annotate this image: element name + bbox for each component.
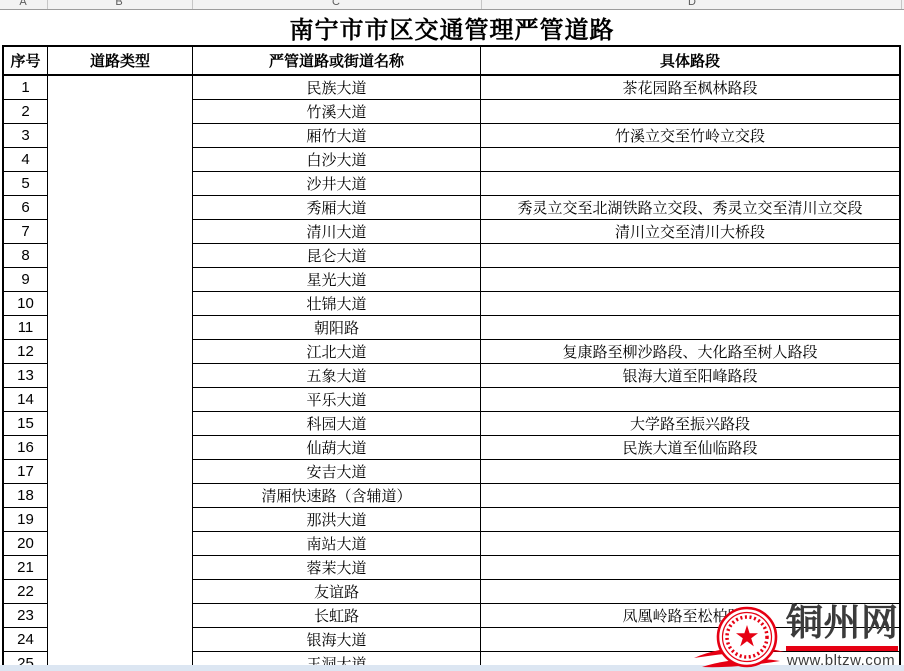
cell-row-number[interactable]: 13 <box>4 364 48 388</box>
cell-road-name[interactable]: 长虹路 <box>193 604 481 628</box>
cell-row-number[interactable]: 23 <box>4 604 48 628</box>
cell-road-name[interactable]: 友谊路 <box>193 580 481 604</box>
cell-row-number[interactable]: 6 <box>4 196 48 220</box>
cell-row-number[interactable]: 16 <box>4 436 48 460</box>
cell-road-name[interactable]: 壮锦大道 <box>193 292 481 316</box>
cell-road-section[interactable] <box>481 532 899 556</box>
cell-road-name[interactable]: 江北大道 <box>193 340 481 364</box>
cell-road-name[interactable]: 五象大道 <box>193 364 481 388</box>
cell-road-section[interactable] <box>481 460 899 484</box>
cell-road-name[interactable]: 平乐大道 <box>193 388 481 412</box>
cell-road-name[interactable]: 星光大道 <box>193 268 481 292</box>
cell-road-name[interactable]: 白沙大道 <box>193 148 481 172</box>
cell-road-section[interactable] <box>481 292 899 316</box>
cell-road-name[interactable]: 银海大道 <box>193 628 481 652</box>
cell-road-section[interactable] <box>481 508 899 532</box>
header-cell-section[interactable]: 具体路段 <box>481 47 899 74</box>
cell-road-section[interactable]: 复康路至柳沙路段、大化路至树人路段 <box>481 340 899 364</box>
header-cell-no[interactable]: 序号 <box>4 47 48 74</box>
cell-row-number[interactable]: 8 <box>4 244 48 268</box>
cell-row-number[interactable]: 10 <box>4 292 48 316</box>
cell-road-name[interactable]: 清厢快速路（含辅道） <box>193 484 481 508</box>
watermark-site-url: www.bltzw.com <box>784 652 898 669</box>
cell-row-number[interactable]: 9 <box>4 268 48 292</box>
cell-row-number[interactable]: 11 <box>4 316 48 340</box>
table-header-row: 序号 道路类型 严管道路或街道名称 具体路段 <box>4 47 899 76</box>
cell-road-section[interactable]: 茶花园路至枫林路段 <box>481 76 899 100</box>
cell-road-section[interactable]: 秀灵立交至北湖铁路立交段、秀灵立交至清川立交段 <box>481 196 899 220</box>
column-letter-D[interactable]: D <box>688 0 696 8</box>
cell-road-name[interactable]: 昆仑大道 <box>193 244 481 268</box>
cell-road-section[interactable] <box>481 316 899 340</box>
cell-row-number[interactable]: 14 <box>4 388 48 412</box>
cell-road-section[interactable] <box>481 244 899 268</box>
cell-row-number[interactable]: 3 <box>4 124 48 148</box>
cell-road-name[interactable]: 那洪大道 <box>193 508 481 532</box>
watermark-name-char: 州 <box>824 602 861 644</box>
title-row: 南宁市市区交通管理严管道路 <box>0 10 904 45</box>
cell-road-section[interactable] <box>481 388 899 412</box>
spreadsheet-column-header-strip: ABCD <box>0 0 904 10</box>
cell-row-number[interactable]: 22 <box>4 580 48 604</box>
watermark-red-bar <box>786 646 898 651</box>
cell-row-number[interactable]: 20 <box>4 532 48 556</box>
cell-row-number[interactable]: 7 <box>4 220 48 244</box>
watermark-name-char: 铜 <box>786 602 823 644</box>
cell-road-section[interactable] <box>481 268 899 292</box>
cell-road-type-merged[interactable] <box>48 76 193 671</box>
cell-road-section[interactable]: 竹溪立交至竹岭立交段 <box>481 124 899 148</box>
header-cell-type[interactable]: 道路类型 <box>48 47 193 74</box>
cell-road-section[interactable]: 大学路至振兴路段 <box>481 412 899 436</box>
column-divider <box>901 0 902 9</box>
roads-table: 序号 道路类型 严管道路或街道名称 具体路段 1民族大道茶花园路至枫林路段2竹溪… <box>2 45 901 671</box>
table-body: 1民族大道茶花园路至枫林路段2竹溪大道3厢竹大道竹溪立交至竹岭立交段4白沙大道5… <box>4 76 899 671</box>
column-letter-B[interactable]: B <box>115 0 122 8</box>
cell-road-name[interactable]: 安吉大道 <box>193 460 481 484</box>
cell-road-section[interactable]: 清川立交至清川大桥段 <box>481 220 899 244</box>
cell-road-name[interactable]: 蓉茉大道 <box>193 556 481 580</box>
watermark-seal-icon <box>716 606 778 668</box>
cell-road-name[interactable]: 竹溪大道 <box>193 100 481 124</box>
cell-road-name[interactable]: 厢竹大道 <box>193 124 481 148</box>
cell-road-name[interactable]: 沙井大道 <box>193 172 481 196</box>
cell-row-number[interactable]: 17 <box>4 460 48 484</box>
cell-row-number[interactable]: 21 <box>4 556 48 580</box>
page-title: 南宁市市区交通管理严管道路 <box>290 10 615 45</box>
cell-road-name[interactable]: 民族大道 <box>193 76 481 100</box>
column-divider <box>481 0 482 9</box>
watermark-name-char: 网 <box>861 602 898 644</box>
cell-road-section[interactable] <box>481 172 899 196</box>
cell-row-number[interactable]: 19 <box>4 508 48 532</box>
cell-road-section[interactable] <box>481 484 899 508</box>
cell-road-section[interactable]: 银海大道至阳峰路段 <box>481 364 899 388</box>
cell-road-section[interactable] <box>481 100 899 124</box>
column-letter-C[interactable]: C <box>332 0 340 8</box>
header-cell-name[interactable]: 严管道路或街道名称 <box>193 47 481 74</box>
cell-road-name[interactable]: 秀厢大道 <box>193 196 481 220</box>
cell-road-name[interactable]: 南站大道 <box>193 532 481 556</box>
cell-row-number[interactable]: 12 <box>4 340 48 364</box>
cell-road-name[interactable]: 清川大道 <box>193 220 481 244</box>
cell-row-number[interactable]: 5 <box>4 172 48 196</box>
cell-row-number[interactable]: 24 <box>4 628 48 652</box>
cell-road-section[interactable] <box>481 556 899 580</box>
watermark: 铜州网 www.bltzw.com <box>690 598 904 671</box>
cell-road-name[interactable]: 科园大道 <box>193 412 481 436</box>
cell-row-number[interactable]: 4 <box>4 148 48 172</box>
watermark-site-name: 铜州网 <box>786 602 898 644</box>
cell-row-number[interactable]: 1 <box>4 76 48 100</box>
cell-road-section[interactable] <box>481 148 899 172</box>
column-letter-A[interactable]: A <box>19 0 26 8</box>
cell-road-name[interactable]: 朝阳路 <box>193 316 481 340</box>
column-divider <box>47 0 48 9</box>
column-divider <box>192 0 193 9</box>
cell-road-name[interactable]: 仙葫大道 <box>193 436 481 460</box>
cell-row-number[interactable]: 2 <box>4 100 48 124</box>
cell-row-number[interactable]: 15 <box>4 412 48 436</box>
cell-row-number[interactable]: 18 <box>4 484 48 508</box>
cell-road-section[interactable]: 民族大道至仙临路段 <box>481 436 899 460</box>
